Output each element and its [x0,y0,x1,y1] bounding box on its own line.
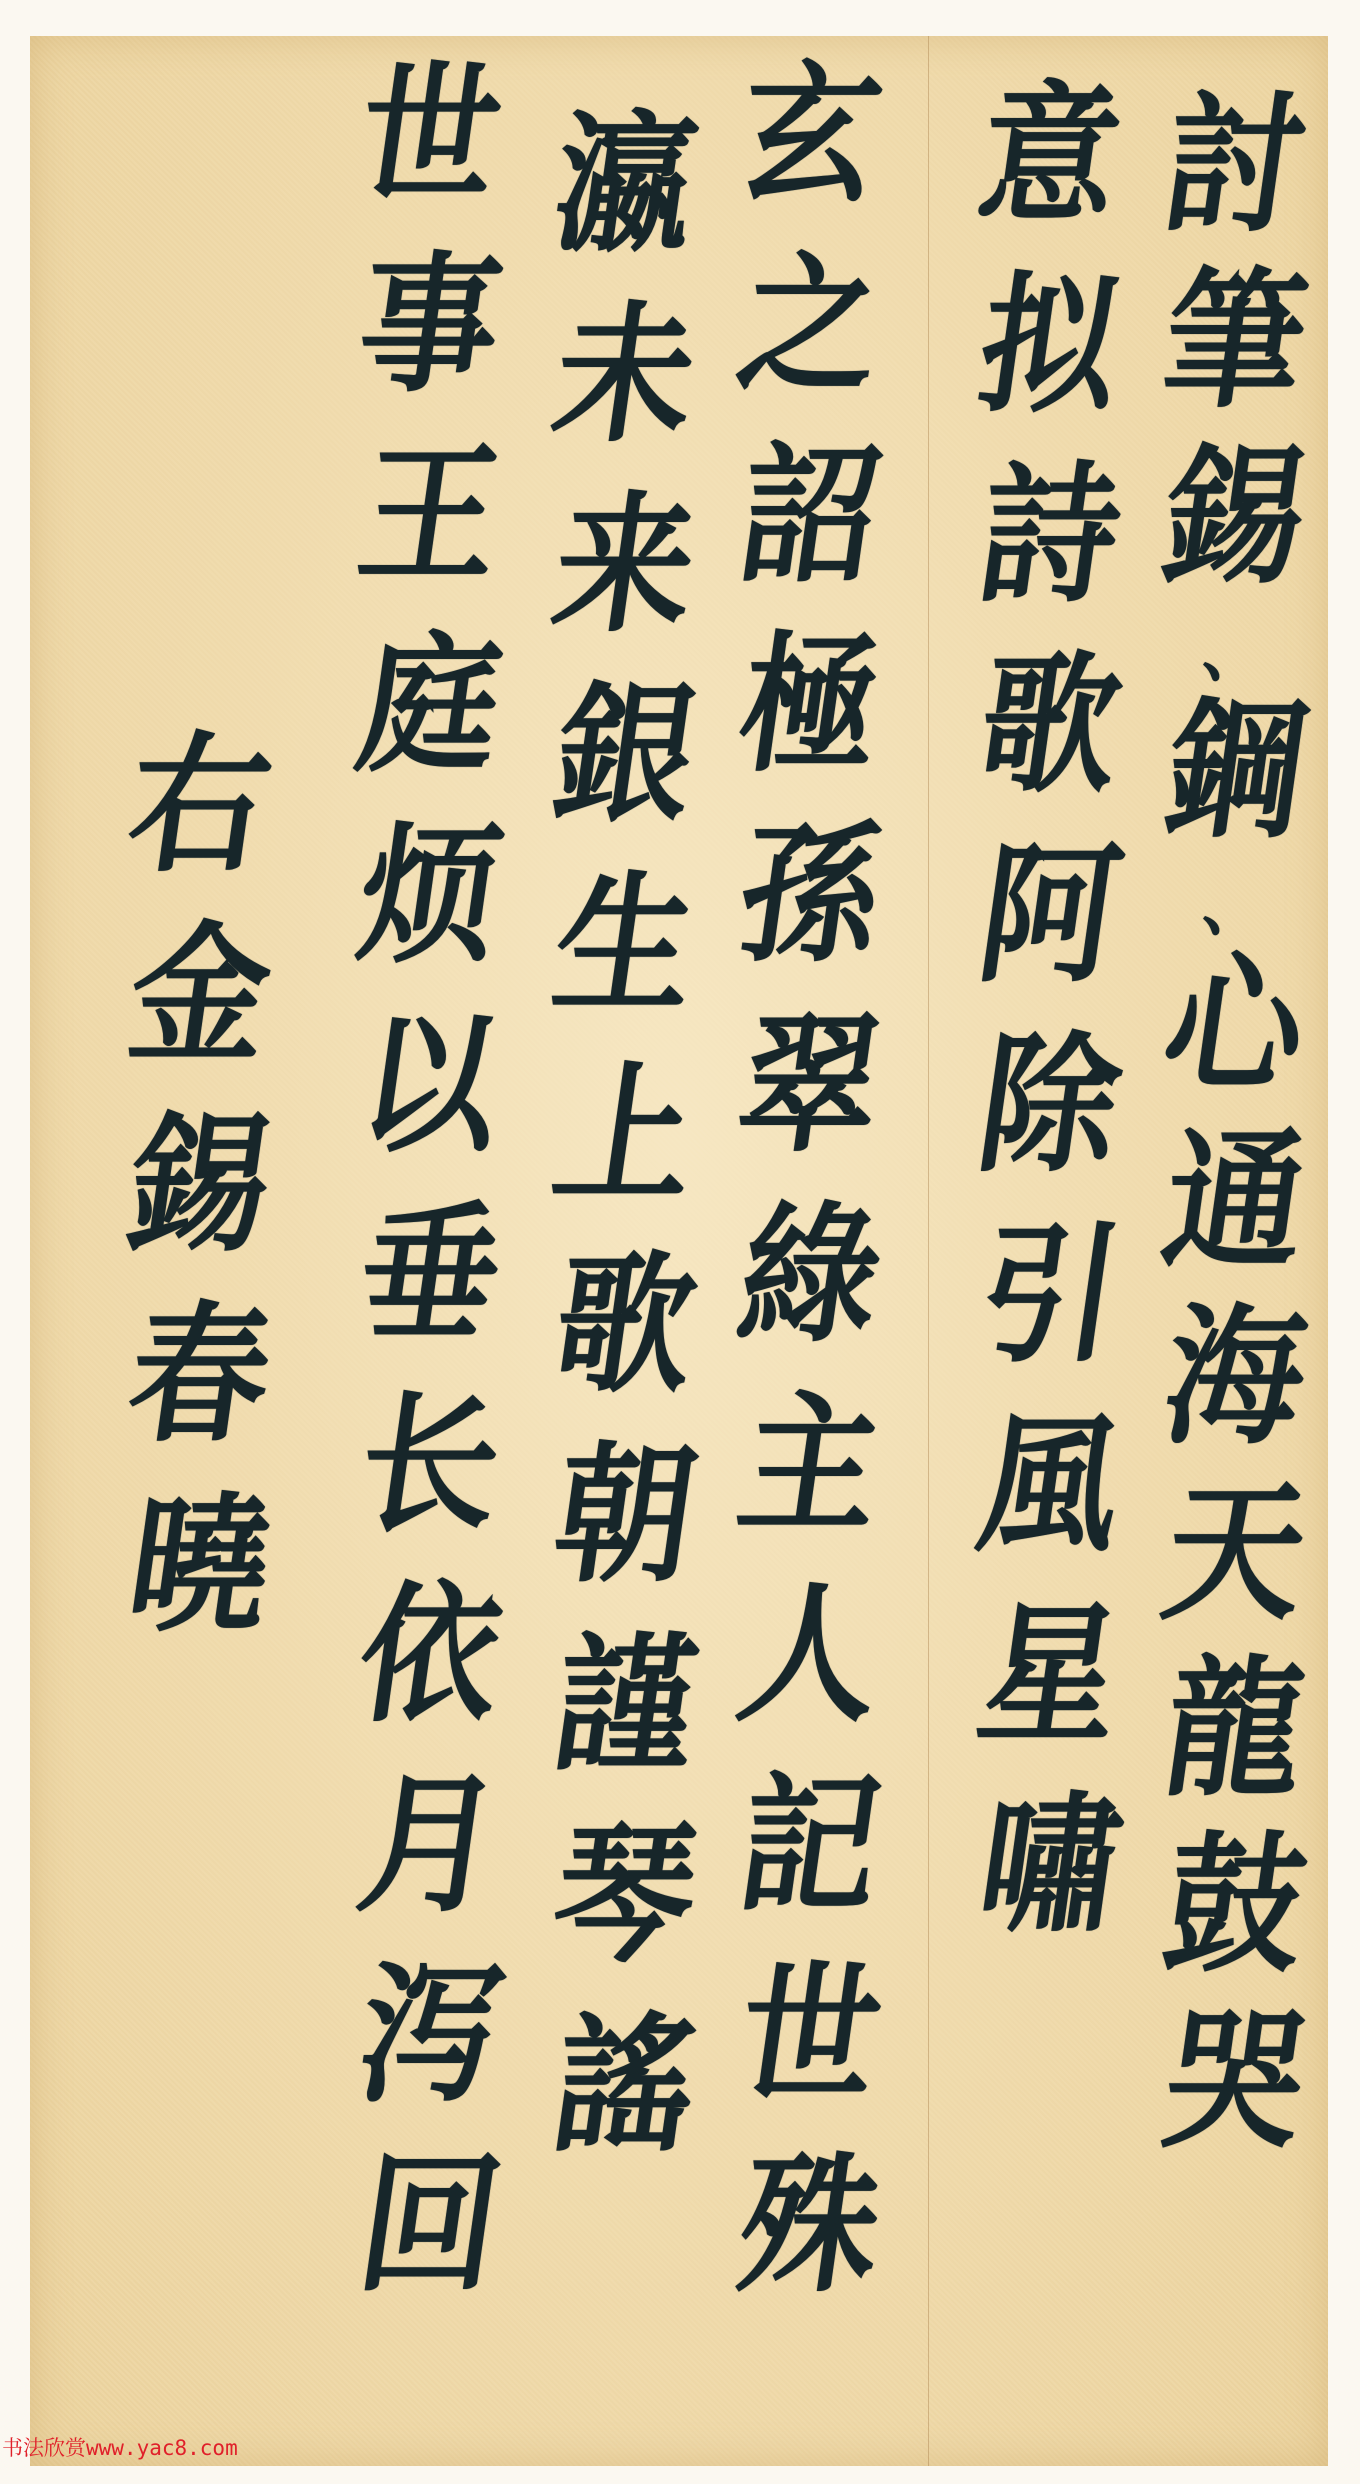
text-column-6: 右金錫春曉 [100,730,300,1680]
calligraphy-character: 詩 [970,460,1129,610]
calligraphy-character: 銀 [545,680,704,830]
calligraphy-character: 嘯 [970,1790,1129,1940]
calligraphy-character: 引 [970,1220,1129,1370]
calligraphy-character: 、 [1199,872,1271,940]
calligraphy-character: 朝 [545,1440,704,1590]
calligraphy-character: 垂 [350,1200,509,1350]
calligraphy-character: 玄 [730,60,889,210]
calligraphy-character: 錫 [120,1110,279,1260]
calligraphy-character: 以 [350,1010,509,1160]
calligraphy-paper: 討筆錫、鋼、心通海天龍鼓哭意拟詩歌阿除引風星嘯玄之詔極孫翠綠主人記世殊瀛未来銀生… [30,36,1328,2466]
calligraphy-character: 鋼 [1155,696,1314,846]
calligraphy-character: 生 [545,870,704,1020]
calligraphy-character: 筆 [1155,266,1314,416]
text-column-3: 玄之詔極孫翠綠主人記世殊 [710,60,910,2340]
calligraphy-character: 記 [730,1770,889,1920]
calligraphy-character: 翠 [730,1010,889,1160]
calligraphy-character: 謠 [545,2010,704,2160]
calligraphy-character: 琴 [545,1820,704,1970]
calligraphy-character: 天 [1155,1478,1314,1628]
calligraphy-character: 星 [970,1600,1129,1750]
calligraphy-character: 哭 [1155,2006,1314,2156]
calligraphy-character: 未 [545,300,704,450]
calligraphy-character: 鼓 [1155,1830,1314,1980]
calligraphy-character: 月 [350,1770,509,1920]
calligraphy-character: 孫 [730,820,889,970]
calligraphy-character: 上 [545,1060,704,1210]
calligraphy-character: 泻 [350,1960,509,2110]
calligraphy-character: 歌 [545,1250,704,1400]
calligraphy-character: 庭 [350,630,509,780]
calligraphy-character: 詔 [730,440,889,590]
calligraphy-character: 右 [120,730,279,880]
text-column-5: 世事王庭烦以垂长依月泻回 [330,60,530,2340]
calligraphy-character: 、 [1199,618,1271,686]
calligraphy-character: 事 [350,250,509,400]
calligraphy-character: 謹 [545,1630,704,1780]
calligraphy-character: 烦 [350,820,509,970]
text-column-4: 瀛未来銀生上歌朝謹琴謠 [525,110,725,2200]
calligraphy-character: 除 [970,1030,1129,1180]
calligraphy-character: 討 [1155,90,1314,240]
calligraphy-character: 殊 [730,2150,889,2300]
calligraphy-character: 世 [730,1960,889,2110]
calligraphy-character: 王 [350,440,509,590]
calligraphy-character: 通 [1155,1126,1314,1276]
calligraphy-character: 海 [1155,1302,1314,1452]
calligraphy-character: 春 [120,1300,279,1450]
calligraphy-character: 綠 [730,1200,889,1350]
text-column-1: 討筆錫、鋼、心通海天龍鼓哭 [1135,90,1335,2182]
calligraphy-character: 长 [350,1390,509,1540]
calligraphy-character: 依 [350,1580,509,1730]
calligraphy-character: 意 [970,80,1129,230]
calligraphy-character: 之 [730,250,889,400]
calligraphy-character: 回 [350,2150,509,2300]
calligraphy-character: 阿 [970,840,1129,990]
calligraphy-character: 錫 [1155,442,1314,592]
calligraphy-character: 歌 [970,650,1129,800]
site-watermark: 书法欣赏www.yac8.com [2,2432,238,2462]
calligraphy-character: 風 [970,1410,1129,1560]
calligraphy-character: 瀛 [545,110,704,260]
calligraphy-character: 極 [730,630,889,780]
calligraphy-character: 金 [120,920,279,1070]
calligraphy-character: 人 [730,1580,889,1730]
calligraphy-character: 来 [545,490,704,640]
calligraphy-character: 主 [730,1390,889,1540]
calligraphy-character: 心 [1155,950,1314,1100]
calligraphy-character: 世 [350,60,509,210]
calligraphy-character: 龍 [1155,1654,1314,1804]
column-ruling-line [928,36,929,2466]
text-column-2: 意拟詩歌阿除引風星嘯 [950,80,1150,1980]
calligraphy-character: 曉 [120,1490,279,1640]
calligraphy-character: 拟 [970,270,1129,420]
